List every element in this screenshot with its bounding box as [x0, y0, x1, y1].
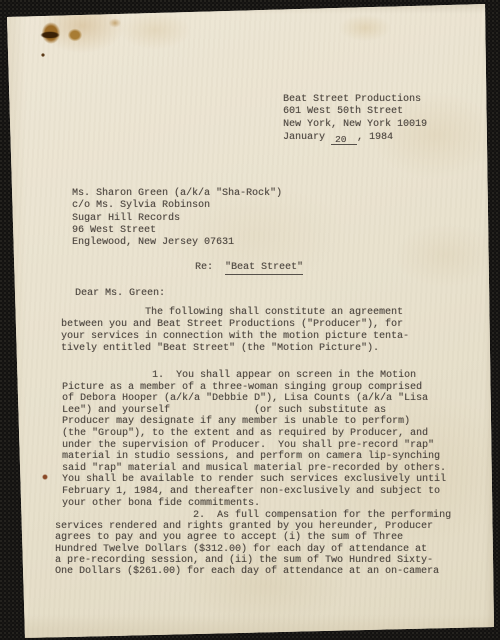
- date-line: January 20, 1984: [283, 131, 393, 145]
- recipient-address: Ms. Sharon Green (a/k/a "Sha-Rock") c/o …: [72, 188, 282, 249]
- reference-label: Re:: [195, 262, 225, 273]
- date-prefix: January: [283, 132, 331, 143]
- date-day: 20: [335, 134, 346, 145]
- date-day-underline: 20: [331, 131, 357, 145]
- salutation: Dear Ms. Green:: [75, 288, 165, 300]
- reference-line: Re: "Beat Street": [195, 262, 303, 274]
- paragraph-intro: The following shall constitute an agreem…: [61, 307, 409, 355]
- paragraph-2: 2. As full compensation for the performi…: [55, 510, 451, 577]
- letterhead: Beat Street Productions 601 West 50th St…: [283, 94, 427, 131]
- photo-background: Beat Street Productions 601 West 50th St…: [0, 0, 500, 640]
- paragraph-1: 1. You shall appear on screen in the Mot…: [62, 370, 446, 509]
- reference-title: "Beat Street": [225, 262, 303, 275]
- date-suffix: , 1984: [357, 132, 393, 143]
